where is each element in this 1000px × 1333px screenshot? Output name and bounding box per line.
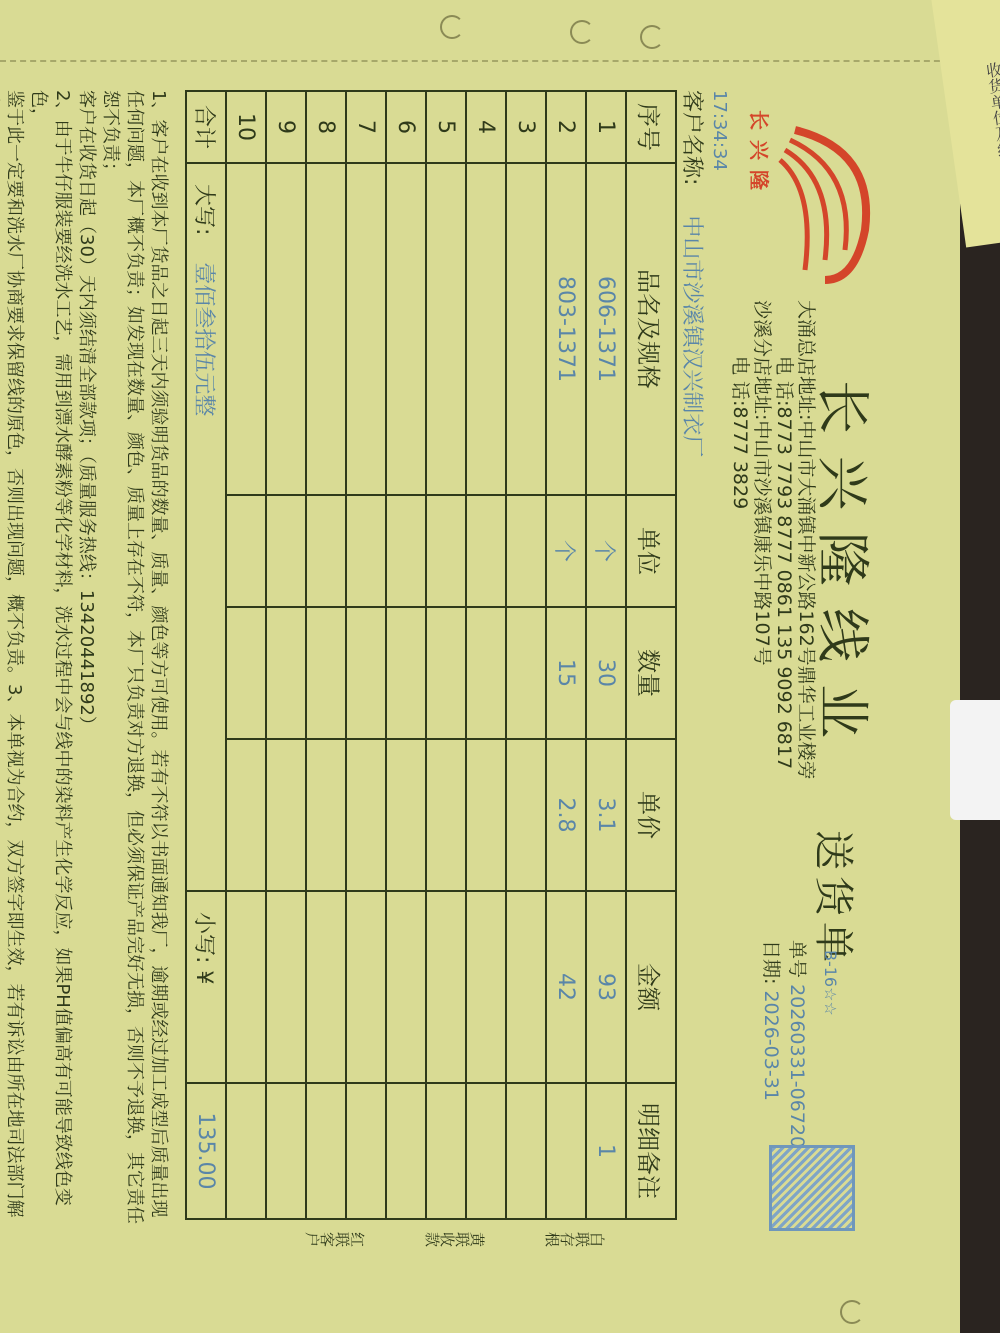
adjacent-sheet-text: 收货单位及经 xyxy=(981,60,1000,158)
hq-phone-label: 电 话: xyxy=(773,356,795,406)
cell-no: 6 xyxy=(386,91,426,163)
table-row: 9 xyxy=(266,91,306,1219)
table-row: 5 xyxy=(426,91,466,1219)
terms-line-2: 客户在收货日起（30）天内须结清全部款项；（质量服务热线：13420441892… xyxy=(74,90,98,1230)
customer-label: 客户名称: xyxy=(679,90,704,185)
table-row: 2 803-1371 个 15 2.8 42 xyxy=(546,91,586,1219)
paper-stack xyxy=(950,700,1000,820)
terms-text: 1、客户在收到本厂货品之日起三天内须验明货品的数量、质量、颜色等方可使用。若有不… xyxy=(0,90,170,1230)
branch-address: 中山市沙溪镇康乐中路107号 xyxy=(751,420,773,665)
table-row: 7 xyxy=(346,91,386,1219)
branch-phone-label: 电 话: xyxy=(729,356,751,406)
cell-price: 3.1 xyxy=(586,739,626,891)
company-name: 长兴隆线业 xyxy=(808,380,885,760)
cell-qty: 15 xyxy=(546,607,586,739)
doc-number-block: 单号 20260331-06720 日期: 2026-03-31 xyxy=(758,940,810,1148)
hq-phone: 8773 7793 8777 0861 135 9092 6817 xyxy=(773,406,795,769)
table-row: 8 xyxy=(306,91,346,1219)
binding-hole-icon xyxy=(440,15,464,39)
cell-no: 9 xyxy=(266,91,306,163)
terms-line-4: 鉴于此一定要和洗水厂协商要求保留线的原色，否则出现问题，概不负责。3、本单视为合… xyxy=(0,90,26,1230)
doc-tag: B-16☆☆ xyxy=(821,950,840,1016)
branch-phone: 8777 3829 xyxy=(729,406,751,509)
total-uppercase: 大写: 壹佰叁拾伍元整 xyxy=(186,163,226,891)
table-row: 6 xyxy=(386,91,426,1219)
print-time: 17:34:34 xyxy=(709,90,730,171)
uppercase-value: 壹佰叁拾伍元整 xyxy=(192,262,217,416)
doc-date: 2026-03-31 xyxy=(760,990,782,1100)
table-row: 1 606-1371 个 30 3.1 93 1 xyxy=(586,91,626,1219)
cell-name: 606-1371 xyxy=(586,163,626,495)
binding-hole-icon xyxy=(840,1300,864,1324)
table-row: 3 xyxy=(506,91,546,1219)
cell-name: 803-1371 xyxy=(546,163,586,495)
total-row: 合计 大写: 壹佰叁拾伍元整 小写: ¥ 135.00 xyxy=(186,91,226,1219)
cell-amount: 42 xyxy=(546,891,586,1083)
cell-amount: 93 xyxy=(586,891,626,1083)
perforation-line xyxy=(0,60,960,62)
table-header: 序号 品名及规格 单位 数量 单价 金额 明细备注 xyxy=(626,91,676,1219)
cell-unit: 个 xyxy=(586,495,626,607)
customer-name: 中山市沙溪镇汉兴制衣厂 xyxy=(679,215,704,457)
table-row: 10 xyxy=(226,91,266,1219)
cell-qty: 30 xyxy=(586,607,626,739)
branch-address-label: 沙溪分店地址: xyxy=(751,300,773,420)
cell-unit: 个 xyxy=(546,495,586,607)
cell-no: 5 xyxy=(426,91,466,163)
hq-address: 中山市大涌镇中新公路162号鼎华工业楼旁 xyxy=(795,420,817,779)
cell-no: 1 xyxy=(586,91,626,163)
items-table: 序号 品名及规格 单位 数量 单价 金额 明细备注 1 606-1371 个 3… xyxy=(185,90,677,1220)
qr-code-icon xyxy=(769,1145,855,1231)
total-label: 合计 xyxy=(186,91,226,163)
cell-price: 2.8 xyxy=(546,739,586,891)
header-price: 单价 xyxy=(626,739,676,891)
doc-number: 20260331-06720 xyxy=(786,984,808,1148)
binding-hole-icon xyxy=(570,20,594,44)
terms-line-1: 1、客户在收到本厂货品之日起三天内须验明货品的数量、质量、颜色等方可使用。若有不… xyxy=(98,90,170,1230)
uppercase-label: 大写: xyxy=(192,184,217,235)
total-lowercase-value: 135.00 xyxy=(186,1083,226,1219)
doc-number-label: 单号 xyxy=(786,940,808,978)
copy-yellow: 黄联收款 xyxy=(425,1230,485,1248)
table-row: 4 xyxy=(466,91,506,1219)
copy-red: 红联客户 xyxy=(305,1230,365,1248)
logo-text: 长兴隆 xyxy=(746,110,775,200)
copy-labels: 白联存根 黄联收款 红联客户 xyxy=(245,1230,605,1270)
cell-no: 2 xyxy=(546,91,586,163)
date-label: 日期: xyxy=(760,940,782,984)
cell-note: 1 xyxy=(586,1083,626,1219)
header-qty: 数量 xyxy=(626,607,676,739)
header-unit: 单位 xyxy=(626,495,676,607)
terms-line-3: 2、由于牛仔服装要经洗水工艺，需用到漂水酵素粉等化学材料，洗水过程中会与线中的染… xyxy=(26,90,74,1230)
header-note: 明细备注 xyxy=(626,1083,676,1219)
document-type: 送货单 xyxy=(808,830,865,968)
cell-note xyxy=(546,1083,586,1219)
header-amount: 金额 xyxy=(626,891,676,1083)
header-no: 序号 xyxy=(626,91,676,163)
cell-no: 4 xyxy=(466,91,506,163)
company-logo-icon xyxy=(775,110,885,290)
copy-white: 白联存根 xyxy=(545,1230,605,1248)
binding-hole-icon xyxy=(640,25,664,49)
company-address-block: 大涌总店地址:中山市大涌镇中新公路162号鼎华工业楼旁 电 话:8773 779… xyxy=(729,300,817,780)
cell-no: 3 xyxy=(506,91,546,163)
hq-address-label: 大涌总店地址: xyxy=(795,300,817,420)
header-name: 品名及规格 xyxy=(626,163,676,495)
delivery-note-form: 长兴隆 长兴隆线业 送货单 大涌总店地址:中山市大涌镇中新公路162号鼎华工业楼… xyxy=(95,70,905,1280)
customer-row: 客户名称:中山市沙溪镇汉兴制衣厂 xyxy=(678,90,709,457)
cell-no: 10 xyxy=(226,91,266,163)
cell-no: 8 xyxy=(306,91,346,163)
total-lowercase-label: 小写: ¥ xyxy=(186,891,226,1083)
cell-no: 7 xyxy=(346,91,386,163)
